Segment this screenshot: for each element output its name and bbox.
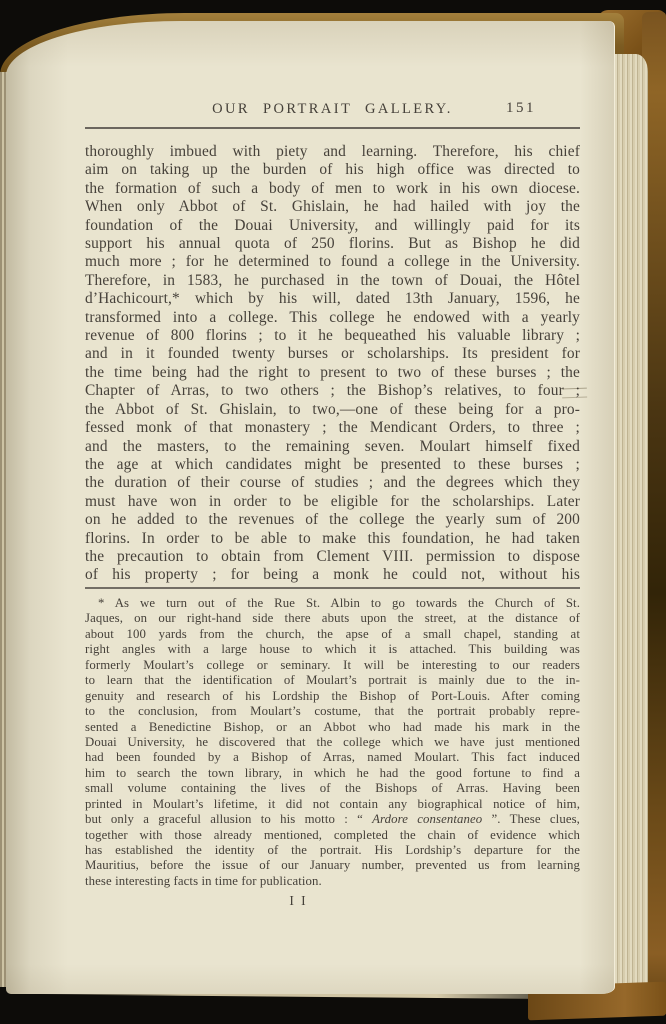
- footnote: * As we turn out of the Rue St. Albin to…: [85, 596, 580, 889]
- footnote-line: but only a graceful allusion to his mott…: [85, 812, 580, 827]
- footnote-line: * As we turn out of the Rue St. Albin to…: [85, 596, 580, 611]
- footnote-line: right angles with a large house to which…: [85, 642, 580, 657]
- body-line: much more ; for he determined to found a…: [85, 253, 580, 271]
- body-line: and the masters, to the remaining seven.…: [85, 438, 580, 456]
- footnote-line: Mauritius, before the issue of our Janua…: [85, 858, 580, 873]
- footnote-line: had been founded by a Bishop of Arras, n…: [85, 750, 580, 765]
- body-line: fessed monk of that monastery ; the Mend…: [85, 419, 580, 437]
- body-line: revenue of 800 florins ; to it he bequea…: [85, 327, 580, 345]
- body-text: thoroughly imbued with piety and learnin…: [85, 143, 580, 585]
- footnote-line: Jaques, on our right-hand side there abu…: [85, 611, 580, 626]
- body-line: transformed into a college. This college…: [85, 309, 580, 327]
- page-content: OUR PORTRAIT GALLERY. 151 thoroughly imb…: [85, 21, 580, 994]
- footnote-rule: [85, 587, 580, 589]
- photo-background: OUR PORTRAIT GALLERY. 151 thoroughly imb…: [0, 0, 666, 1024]
- body-line: the Abbot of St. Ghislain, to two,—one o…: [85, 401, 580, 419]
- page-number: 151: [506, 100, 536, 117]
- body-line: Chapter of Arras, to two others ; the Bi…: [85, 382, 580, 400]
- body-line: the duration of their course of studies …: [85, 474, 580, 492]
- footnote-line: printed in Moulart’s lifetime, it did no…: [85, 797, 580, 812]
- body-line: the age at which candidates might be pre…: [85, 456, 580, 474]
- body-line: foundation of the Douai University, and …: [85, 217, 580, 235]
- body-line: on he added to the revenues of the colle…: [85, 511, 580, 529]
- footnote-line: him to search the town library, in which…: [85, 766, 580, 781]
- page-edge-stack-right: [610, 54, 648, 1000]
- signature-mark: I I: [51, 893, 546, 909]
- running-header: OUR PORTRAIT GALLERY. 151: [85, 100, 580, 118]
- footnote-line: genuity and research of his Lordship the…: [85, 689, 580, 704]
- header-rule: [85, 127, 580, 129]
- body-line: the formation of such a body of men to w…: [85, 180, 580, 198]
- body-line: and in it founded twenty burses or schol…: [85, 345, 580, 363]
- footnote-line: Douai University, he discovered that the…: [85, 735, 580, 750]
- footnote-line: to the conclusion, from Moulart’s costum…: [85, 704, 580, 719]
- footnote-line: small volume containing the lives of the…: [85, 781, 580, 796]
- footnote-line: about 100 yards from the church, the aps…: [85, 627, 580, 642]
- body-line: florins. In order to be able to make thi…: [85, 530, 580, 548]
- body-line: the precaution to obtain from Clement VI…: [85, 548, 580, 566]
- footnote-line: formerly Moulart’s college or seminary. …: [85, 658, 580, 673]
- footnote-line: has established the identity of the port…: [85, 843, 580, 858]
- footnote-line: these interesting facts in time for publ…: [85, 874, 580, 889]
- book-page: OUR PORTRAIT GALLERY. 151 thoroughly imb…: [6, 21, 615, 994]
- footnote-line: to learn that the identification of Moul…: [85, 673, 580, 688]
- footnote-line: together with those already mentioned, c…: [85, 828, 580, 843]
- running-header-title: OUR PORTRAIT GALLERY.: [212, 101, 453, 117]
- body-line: of his property ; for being a monk he co…: [85, 566, 580, 584]
- body-line: must have won in order to be eligible fo…: [85, 493, 580, 511]
- body-line: support his annual quota of 250 florins.…: [85, 235, 580, 253]
- body-line: Therefore, in 1583, he purchased in the …: [85, 272, 580, 290]
- body-line: When only Abbot of St. Ghislain, he had …: [85, 198, 580, 216]
- body-line: thoroughly imbued with piety and learnin…: [85, 143, 580, 161]
- footnote-line: sented a Benedictine Bishop, or an Abbot…: [85, 720, 580, 735]
- body-line: aim on taking up the burden of his high …: [85, 161, 580, 179]
- body-line: d’Hachicourt,* which by his will, dated …: [85, 290, 580, 308]
- body-line: the time being had the right to present …: [85, 364, 580, 382]
